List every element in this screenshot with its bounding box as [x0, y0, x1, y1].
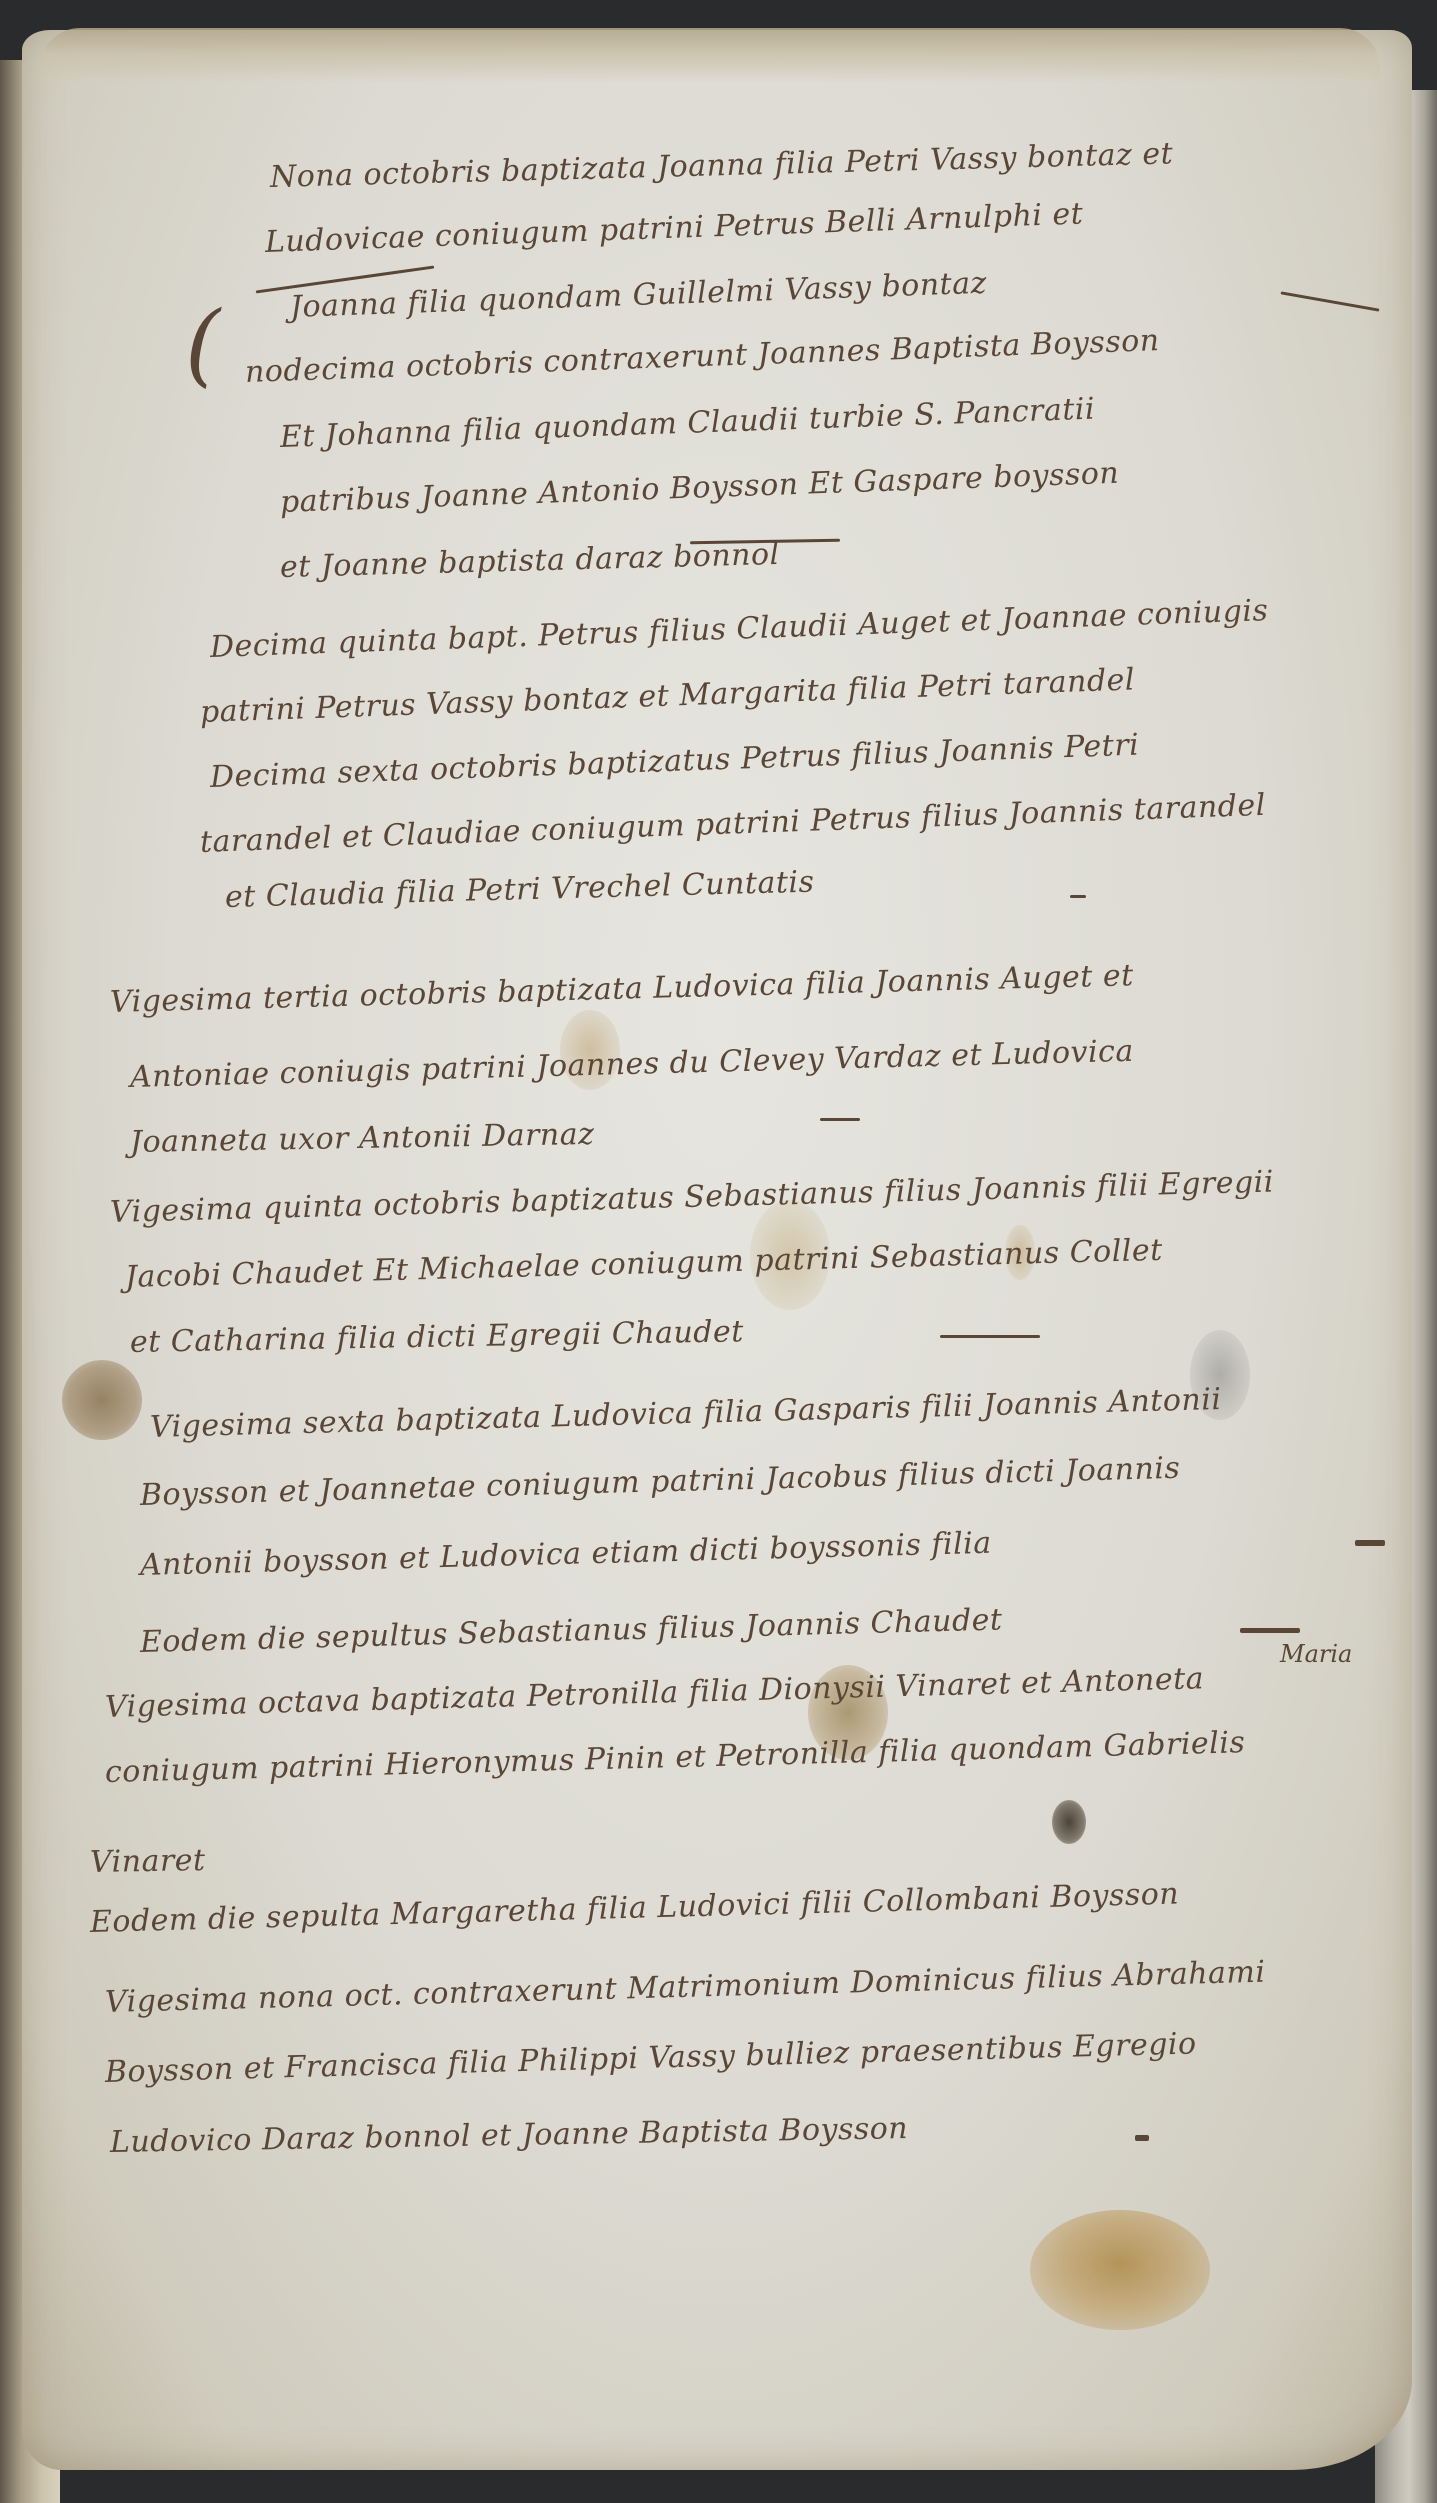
interlinear-note: Maria [1280, 1640, 1352, 1668]
entry-line: Nona octobris baptizata Joanna filia Pet… [270, 136, 1174, 195]
entry-line: Antoniae coniugis patrini Joannes du Cle… [130, 1034, 1135, 1095]
entry-line: Joanna filia quondam Guillelmi Vassy bon… [289, 266, 987, 325]
line-end-flourish [820, 1118, 860, 1121]
entry-line: Vigesima tertia octobris baptizata Ludov… [110, 958, 1135, 1020]
manuscript-scan: Nona octobris baptizata Joanna filia Pet… [0, 0, 1437, 2503]
entry-line: patribus Joanne Antonio Boysson Et Gaspa… [279, 456, 1119, 520]
entry-line: Vigesima quinta octobris baptizatus Seba… [110, 1165, 1275, 1230]
entry-line: Vigesima octava baptizata Petronilla fil… [105, 1661, 1205, 1725]
line-end-flourish [1280, 291, 1379, 311]
entry-line: Antonii boysson et Ludovica etiam dicti … [140, 1526, 993, 1583]
line-end-flourish [940, 1335, 1040, 1338]
line-end-mark [1070, 895, 1086, 898]
entry-line: et Catharina filia dicti Egregii Chaudet [130, 1314, 744, 1360]
entry-line: Joanneta uxor Antonii Darnaz [130, 1117, 595, 1160]
entry-line: Decima quinta bapt. Petrus filius Claudi… [209, 593, 1269, 665]
entry-line: Ludovicae coniugum patrini Petrus Belli … [264, 196, 1083, 260]
entry-line: tarandel et Claudiae coniugum patrini Pe… [199, 788, 1266, 860]
line-end-mark [1355, 1540, 1385, 1546]
entry-line: Vinaret [90, 1843, 206, 1880]
initial-letter: ( [185, 300, 220, 390]
register-text: Nona octobris baptizata Joanna filia Pet… [0, 0, 1437, 2503]
entry-line: Jacobi Chaudet Et Michaelae coniugum pat… [125, 1233, 1164, 1295]
entry-line: patrini Petrus Vassy bontaz et Margarita… [199, 662, 1135, 730]
entry-line: Eodem die sepulta Margaretha filia Ludov… [90, 1876, 1180, 1940]
entry-line: Boysson et Francisca filia Philippi Vass… [105, 2026, 1197, 2090]
entry-line: Eodem die sepultus Sebastianus filius Jo… [140, 1602, 1003, 1660]
entry-line: nodecima octobris contraxerunt Joannes B… [244, 323, 1160, 390]
entry-line: Boysson et Joannetae coniugum patrini Ja… [140, 1451, 1181, 1513]
entry-line: coniugum patrini Hieronymus Pinin et Pet… [105, 1725, 1246, 1790]
entry-line: Et Johanna filia quondam Claudii turbie … [279, 392, 1095, 455]
entry-line: Vigesima sexta baptizata Ludovica filia … [150, 1382, 1222, 1445]
entry-line: et Claudia filia Petri Vrechel Cuntatis [225, 865, 815, 915]
entry-line: Ludovico Daraz bonnol et Joanne Baptista… [110, 2111, 909, 2160]
line-end-flourish [1240, 1628, 1300, 1633]
entry-line: Decima sexta octobris baptizatus Petrus … [209, 728, 1139, 795]
entry-line: et Joanne baptista daraz bonnol [280, 537, 781, 585]
line-end-mark [1135, 2135, 1149, 2141]
entry-line: Vigesima nona oct. contraxerunt Matrimon… [105, 1955, 1266, 2020]
